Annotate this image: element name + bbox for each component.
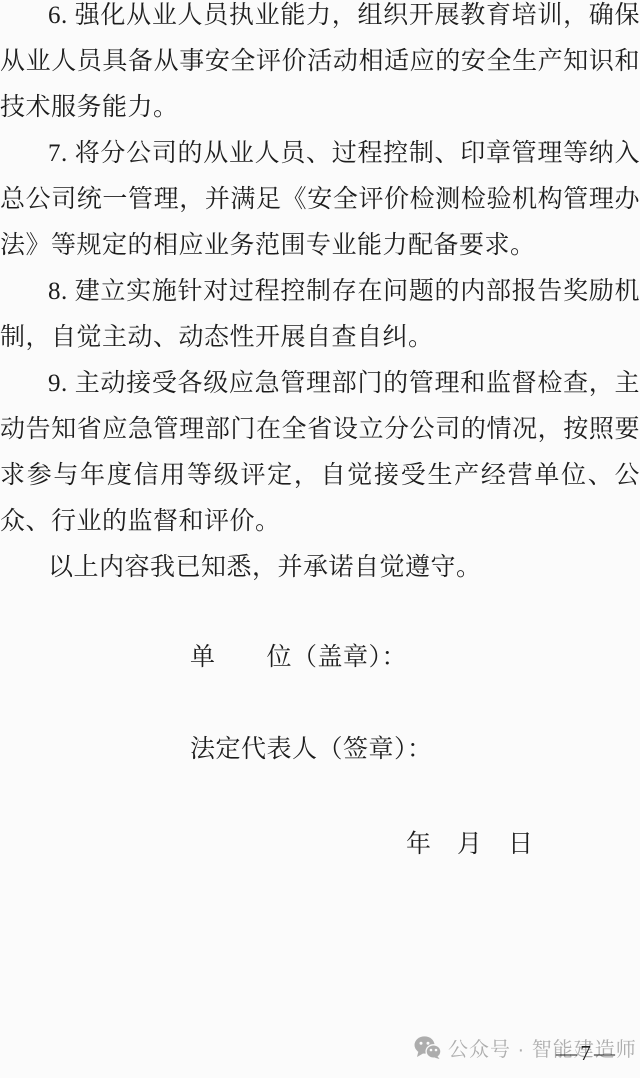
unit-seal-label: 单 位（盖章）： <box>190 635 640 681</box>
date-label: 年 月 日 <box>406 822 640 868</box>
document-body: 6. 强化从业人员执业能力，组织开展教育培训，确保从业人员具备从事安全评价活动相… <box>0 0 640 591</box>
document-page: 6. 强化从业人员执业能力，组织开展教育培训，确保从业人员具备从事安全评价活动相… <box>0 0 640 1078</box>
paragraph-item-6: 6. 强化从业人员执业能力，组织开展教育培训，确保从业人员具备从事安全评价活动相… <box>0 0 640 131</box>
page-number: — 7 — <box>556 1041 614 1066</box>
legal-representative-label: 法定代表人（签章）： <box>190 727 640 773</box>
paragraph-item-7: 7. 将分公司的从业人员、过程控制、印章管理等纳入总公司统一管理，并满足《安全评… <box>0 131 640 269</box>
paragraph-item-9: 9. 主动接受各级应急管理部门的管理和监督检查，主动告知省应急管理部门在全省设立… <box>0 361 640 545</box>
closing-statement: 以上内容我已知悉，并承诺自觉遵守。 <box>0 545 640 591</box>
paragraph-item-8: 8. 建立实施针对过程控制存在问题的内部报告奖励机制，自觉主动、动态性开展自查自… <box>0 269 640 361</box>
wechat-icon <box>414 1036 441 1059</box>
